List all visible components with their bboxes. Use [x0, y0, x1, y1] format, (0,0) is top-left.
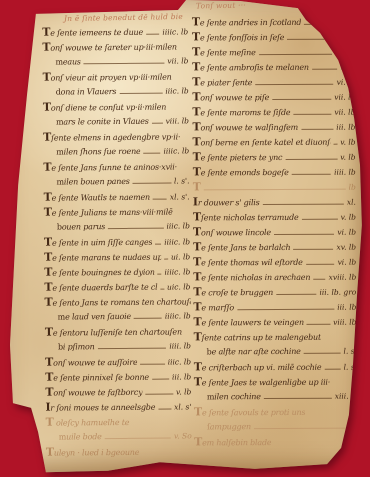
leader-line	[160, 289, 164, 290]
entry-amount: l. s'	[344, 344, 357, 359]
leader-line	[276, 294, 316, 295]
entry-amount: v. lb	[340, 135, 355, 150]
manuscript-line: Tem halſebin blade	[194, 434, 357, 450]
manuscript-line: Te ſente Jaes te walgenligbe up iii·	[194, 374, 357, 390]
entry-text: T	[193, 179, 201, 195]
manuscript-line: dona in Vlauersiiic. lb	[43, 83, 189, 99]
manuscript-line: Te ſente marans te nudaes up de lareui. …	[44, 248, 190, 264]
manuscript-line: ſampuggenq'	[194, 419, 357, 435]
entry-text: Te ſente Jaes te walgenligbe up iii·	[194, 374, 330, 391]
entry-text: Te ſente andries in ſcotland	[192, 14, 301, 31]
entry-text: Ir ſoni moues te anneelsgbe	[45, 399, 155, 416]
entry-text: Tſente catrins up te malengebut	[194, 329, 322, 346]
left-column-rubric-heading: Jn ē ſinte benedut dē huld bie	[64, 12, 183, 23]
entry-amount: iii. lb	[337, 300, 356, 315]
entry-amount: viii. lb	[333, 315, 356, 330]
entry-amount: vii. lb	[334, 90, 355, 105]
entry-text: Tonſ berne en ſente katel et diuonſe	[192, 134, 330, 151]
entry-text: Te croſe te bruggen	[193, 284, 273, 300]
manuscript-line: Te marſſoiii. lb	[193, 299, 356, 315]
entry-amount: iiiic. lb	[164, 264, 190, 279]
leader-line	[285, 159, 337, 160]
leader-line	[155, 244, 161, 245]
entry-amount: lb	[349, 180, 356, 195]
manuscript-line: bouen parusiiic. lb	[44, 218, 190, 234]
manuscript-line: Te croſe te bruggeniii. lb. gro	[193, 284, 356, 300]
entry-amount: vii. lb	[334, 105, 355, 120]
leader-line	[304, 353, 341, 354]
leader-line	[204, 189, 346, 191]
entry-text: me laud ven ſauoie	[45, 309, 131, 325]
manuscript-line: milen bouen panesl. s'.	[43, 173, 189, 189]
entry-text: bouen parus	[44, 219, 105, 235]
manuscript-line: Te ſente Jans ſunne te aninos·xvii·	[43, 158, 189, 174]
manuscript-line: Tonſ wouwe te ſareter up·iii·milen	[42, 38, 188, 54]
leader-line	[237, 309, 334, 311]
entry-text: Te ſentoru luſſeniſe ten chartouſen	[45, 323, 182, 340]
leader-line	[263, 204, 344, 205]
right-text-column: Te ſente andries in ſcotlandx. lb.Te ſen…	[192, 14, 357, 450]
manuscript-line: Tonſ berne en ſente katel et diuonſev. l…	[192, 134, 355, 150]
entry-text: Te ſente maroms te ſiſde	[192, 104, 290, 121]
leader-line	[164, 259, 168, 260]
leader-line	[254, 428, 347, 429]
entry-amount: iiiic. lb	[164, 234, 190, 249]
entry-amount: v. lb	[340, 60, 355, 75]
leader-line	[158, 274, 162, 275]
manuscript-line: Ir douwer s' gilisxl.	[193, 194, 356, 210]
entry-amount: x. lb.	[336, 15, 355, 30]
leader-line	[304, 24, 333, 25]
manuscript-line: Tſente elmens in agedengbre vp·ii·	[43, 128, 189, 144]
manuscript-line: Tonſ wouwe te auſſoireiiic. lb	[45, 353, 191, 369]
manuscript-line: Tonſ vieur ait proyen vp·iii·milen	[42, 68, 188, 84]
entry-amount: xv. lb	[336, 240, 356, 255]
manuscript-line: Tonſ wouwe te faſtborcyv. lb	[45, 383, 191, 399]
manuscript-line: meausvii. lb	[42, 53, 188, 69]
manuscript-line: Te ſente bouingnes te dyion ī bgogeiiiic…	[44, 263, 190, 279]
leader-line	[259, 54, 333, 55]
manuscript-line: Te ſente iemeens te duueiiiic. lb	[42, 23, 188, 39]
manuscript-line: Te ſente andries in ſcotlandx. lb.	[192, 14, 355, 30]
entry-amount: iiii. lb	[169, 338, 191, 353]
entry-text: Te marſſo	[193, 299, 234, 315]
entry-text: Te ſente Jans te barlalch	[193, 239, 290, 256]
leader-line	[313, 279, 325, 280]
leader-line	[146, 34, 159, 35]
entry-amount: l. s'.	[174, 173, 190, 188]
manuscript-line: Te criſterbach up vi. milē cochiel. s'	[194, 359, 357, 375]
entry-text: Tonſ wouwe te piſe	[192, 89, 269, 105]
entry-amount: iii. lb	[336, 120, 355, 135]
leader-line	[306, 264, 335, 265]
entry-amount: v. lb	[340, 150, 355, 165]
leader-line	[119, 93, 162, 94]
manuscript-line: Tlb	[193, 179, 356, 195]
entry-amount: xl.	[347, 195, 356, 210]
entry-amount: iiiic. lb	[165, 308, 191, 323]
entry-amount: iii. lb. gro	[319, 285, 356, 300]
entry-amount: viii. lb	[165, 113, 189, 128]
entry-text: Te piater ſente	[192, 74, 252, 90]
manuscript-line: bi pſimoniiii. lb	[45, 338, 191, 354]
manuscript-line: Te ſente duaerds barſte te clarvusuic. l…	[44, 278, 190, 294]
manuscript-line: Tuleyn · lued i bgeoune	[46, 443, 192, 459]
manuscript-line: Ir ſoni moues te anneelsgbexl. s'	[45, 398, 191, 414]
entry-text: milen bouen panes	[43, 174, 129, 190]
leader-line	[133, 183, 171, 184]
entry-text: Tonſ wouwe te walſingfem	[192, 119, 298, 136]
manuscript-line: Te ſentoru luſſeniſe ten chartouſen	[45, 323, 191, 339]
photo-background: Jn ē ſinte benedut dē huld bie Tonſ wout…	[0, 0, 370, 477]
entry-amount: xl. s'.	[170, 189, 190, 204]
manuscript-line: T oleſcy hamuelhe te	[46, 413, 192, 429]
manuscript-line: Tonſ wouwe lincolevi. lb	[193, 224, 356, 240]
manuscript-line: Te ſente lauwers te veingenviii. lb	[193, 314, 356, 330]
leader-line	[108, 228, 163, 229]
entry-text: Te ſente ſavouls te proti uns	[194, 404, 306, 421]
entry-amount: xiii. s'	[335, 389, 357, 404]
entry-amount: iiiic. lb	[162, 24, 188, 39]
entry-text: Tonſ vieur ait proyen vp·iii·milen	[42, 69, 171, 86]
entry-text: Te ſente pieters te ync	[193, 149, 283, 165]
manuscript-line: Te ſente nicholas in arechaenxviii. lb	[193, 269, 356, 285]
manuscript-line: be alfte nar aſte cochinel. s'	[194, 344, 357, 360]
leader-line	[287, 39, 328, 40]
left-text-column: Te ſente iemeens te duueiiiic. lbTonſ wo…	[42, 23, 192, 459]
leader-line	[293, 114, 331, 115]
manuscript-line: Te ſente fonſſois in ſeſeviii. lb	[192, 29, 355, 45]
leader-line	[272, 99, 331, 100]
leader-line	[312, 69, 337, 70]
entry-amount: xl. s'.	[335, 45, 355, 60]
entry-amount: v. So	[174, 428, 192, 443]
entry-text: ſampuggen	[194, 419, 251, 434]
entry-text: be alfte nar aſte cochine	[194, 344, 301, 360]
entry-text: meaus	[42, 54, 80, 69]
manuscript-line: milen cochinexiii. s'	[194, 389, 357, 405]
parchment-shadow: Jn ē ſinte benedut dē huld bie Tonſ wout…	[0, 0, 370, 477]
entry-text: Tem halſebin blade	[194, 434, 271, 450]
right-column-rubric-heading: Tonſ wout ···	[196, 1, 246, 11]
leader-line	[324, 369, 340, 370]
entry-amount: vii. lb	[167, 53, 188, 68]
leader-line	[255, 84, 333, 85]
leader-line	[302, 219, 338, 220]
leader-line	[134, 318, 162, 319]
leader-line	[274, 234, 335, 235]
leader-line	[146, 394, 173, 395]
entry-amount: xl. s'	[174, 399, 191, 414]
entry-text: Ir douwer s' gilis	[193, 194, 260, 210]
entry-text: Tſente nicholas terramude	[193, 209, 299, 226]
leader-line	[84, 63, 165, 65]
entry-text: Te ſente meſine	[192, 44, 256, 60]
manuscript-parchment: Jn ē ſinte benedut dē huld bie Tonſ wout…	[0, 0, 370, 477]
manuscript-line: Te ſente Julians te mans·viii·milē	[44, 203, 190, 219]
leader-line	[292, 174, 331, 175]
leader-line	[307, 324, 330, 325]
entry-text: Tonſ wouwe lincole	[193, 224, 271, 240]
entry-amount: ui. lb	[171, 249, 190, 264]
leader-line	[264, 398, 332, 399]
entry-amount: q'	[350, 419, 357, 434]
entry-amount: iiic. lb	[168, 354, 192, 369]
entry-amount: xviii. lb	[329, 270, 357, 285]
entry-text: bi pſimon	[45, 339, 95, 354]
manuscript-line: Te ſente emonds bogeſeiiii. lb	[193, 164, 356, 180]
entry-amount: iiic. lb	[166, 218, 190, 233]
entry-amount: vi. lb	[338, 255, 357, 270]
entry-text: Te ſente ambroſis te melanen	[192, 59, 309, 76]
leader-line	[333, 144, 337, 145]
leader-line	[153, 199, 167, 200]
entry-text: T oleſcy hamuelhe te	[46, 414, 130, 431]
manuscript-line: mars le conite in Vlauesviii. lb	[43, 113, 189, 129]
entry-amount: v. lb	[176, 384, 191, 399]
leader-line	[141, 364, 165, 365]
manuscript-line: milen ſhons ſue roeneiiiic. lb	[43, 143, 189, 159]
manuscript-line: Te ſente Jans te barlalchxv. lb	[193, 239, 356, 255]
entry-amount: vi. lb	[337, 225, 356, 240]
manuscript-line: Te ſento Jans te romans ten chartouſe	[44, 293, 190, 309]
leader-line	[105, 438, 171, 440]
manuscript-line: Te ſente ambroſis te melanenv. lb	[192, 59, 355, 75]
entry-text: dona in Vlauers	[43, 84, 117, 100]
entry-amount: v. lb	[341, 210, 356, 225]
entry-amount: vi. lb	[337, 75, 356, 90]
entry-amount: iiii. lb	[334, 165, 356, 180]
entry-text: muile bode	[46, 429, 102, 444]
leader-line	[152, 379, 169, 380]
manuscript-line: Te ſente meſinexl. s'.	[192, 44, 355, 60]
entry-text: mars le conite in Vlaues	[43, 114, 149, 130]
manuscript-line: Te ſente in uim ſiſſe cangesiiiic. lb	[44, 233, 190, 249]
leader-line	[293, 249, 333, 250]
manuscript-line: Te ſente pinnixel ſe bonneiii. lb	[45, 368, 191, 384]
leader-line	[144, 153, 161, 154]
manuscript-line: Tonſ wouwe te piſevii. lb	[192, 89, 355, 105]
manuscript-line: Te ſente pieters te yncv. lb	[193, 149, 356, 165]
entry-text: Tuleyn · lued i bgeoune	[46, 444, 140, 461]
entry-text: Te ſente nicholas in arechaen	[193, 269, 310, 286]
leader-line	[98, 348, 167, 350]
manuscript-line: Te ſente ſavouls te proti uns	[194, 404, 357, 420]
entry-amount: uic. lb	[167, 279, 191, 294]
entry-amount: viii. lb	[332, 30, 355, 45]
entry-text: Te ſente emonds bogeſe	[193, 164, 289, 181]
manuscript-line: Te ſente maroms te ſiſdevii. lb	[192, 104, 355, 120]
manuscript-line: Tonſ wouwe te walſingfemiii. lb	[192, 119, 355, 135]
manuscript-line: Tonſ diene te conſut vp·ii·milen	[43, 98, 189, 114]
leader-line	[158, 409, 171, 410]
entry-text: milen ſhons ſue roene	[43, 144, 140, 160]
entry-amount: iii. lb	[172, 369, 191, 384]
manuscript-line: Tſente nicholas terramudev. lb	[193, 209, 356, 225]
manuscript-line: Te ſente Wautls te naemenxl. s'.	[44, 188, 190, 204]
entry-text: Te ſente Julians te mans·viii·milē	[44, 204, 173, 221]
entry-amount: l. s'	[344, 360, 357, 375]
entry-amount: iiiic. lb	[163, 143, 189, 158]
entry-text: Te ſente fonſſois in ſeſe	[192, 29, 284, 45]
manuscript-line: Tſente catrins up te malengebut	[194, 329, 357, 345]
manuscript-line: Te ſente thomas wil eſtordevi. lb	[193, 254, 356, 270]
manuscript-line: Te piater ſentevi. lb	[192, 74, 355, 90]
entry-text: Tonſ wouwe te ſareter up·iii·milen	[42, 38, 177, 55]
entry-amount: iiic. lb	[165, 83, 189, 98]
manuscript-line: muile bodev. So	[46, 428, 192, 444]
leader-line	[152, 123, 163, 124]
entry-text: milen cochine	[194, 389, 261, 404]
leader-line	[301, 129, 333, 130]
manuscript-line: me laud ven ſauoieiiiic. lb	[45, 308, 191, 324]
